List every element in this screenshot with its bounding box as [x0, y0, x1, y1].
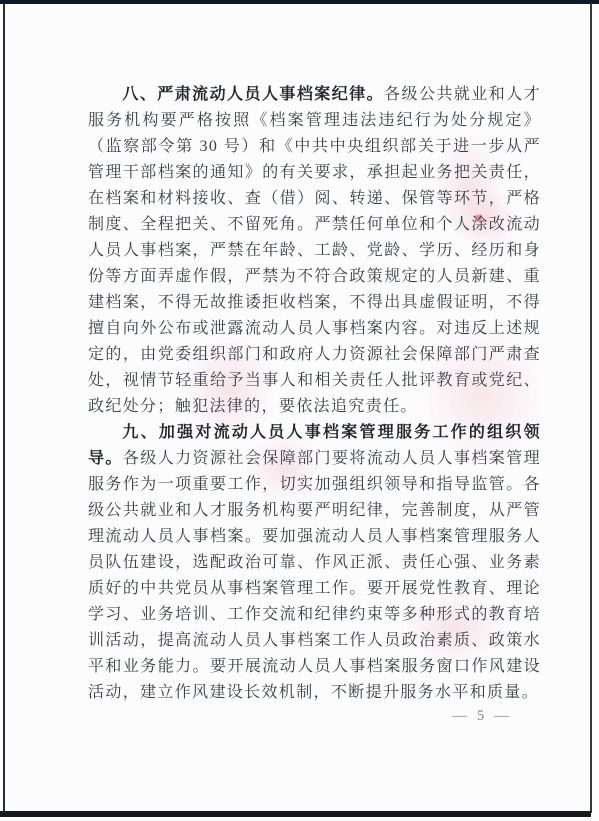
- document-body-text: 八、严肃流动人员人事档案纪律。各级公共就业和人才服务机构要严格按照《档案管理违法…: [88, 82, 541, 706]
- section-9-body: 各级人力资源社会保障部门要将流动人员人事档案管理服务作为一项重要工作，切实加强组…: [88, 450, 541, 701]
- paragraph-section-8: 八、严肃流动人员人事档案纪律。各级公共就业和人才服务机构要严格按照《档案管理违法…: [88, 82, 541, 420]
- scan-edge-right: [590, 3, 592, 813]
- page-number: — 5 —: [452, 706, 512, 726]
- scan-edge-bottom: [0, 811, 591, 817]
- section-8-heading: 八、严肃流动人员人事档案纪律。: [122, 86, 384, 103]
- section-8-body: 各级公共就业和人才服务机构要严格按照《档案管理违法违纪行为处分规定》（监察部令第…: [88, 86, 541, 415]
- scanned-document-page: 八、严肃流动人员人事档案纪律。各级公共就业和人才服务机构要严格按照《档案管理违法…: [0, 0, 599, 821]
- paragraph-section-9: 九、加强对流动人员人事档案管理服务工作的组织领导。各级人力资源社会保障部门要将流…: [88, 420, 541, 706]
